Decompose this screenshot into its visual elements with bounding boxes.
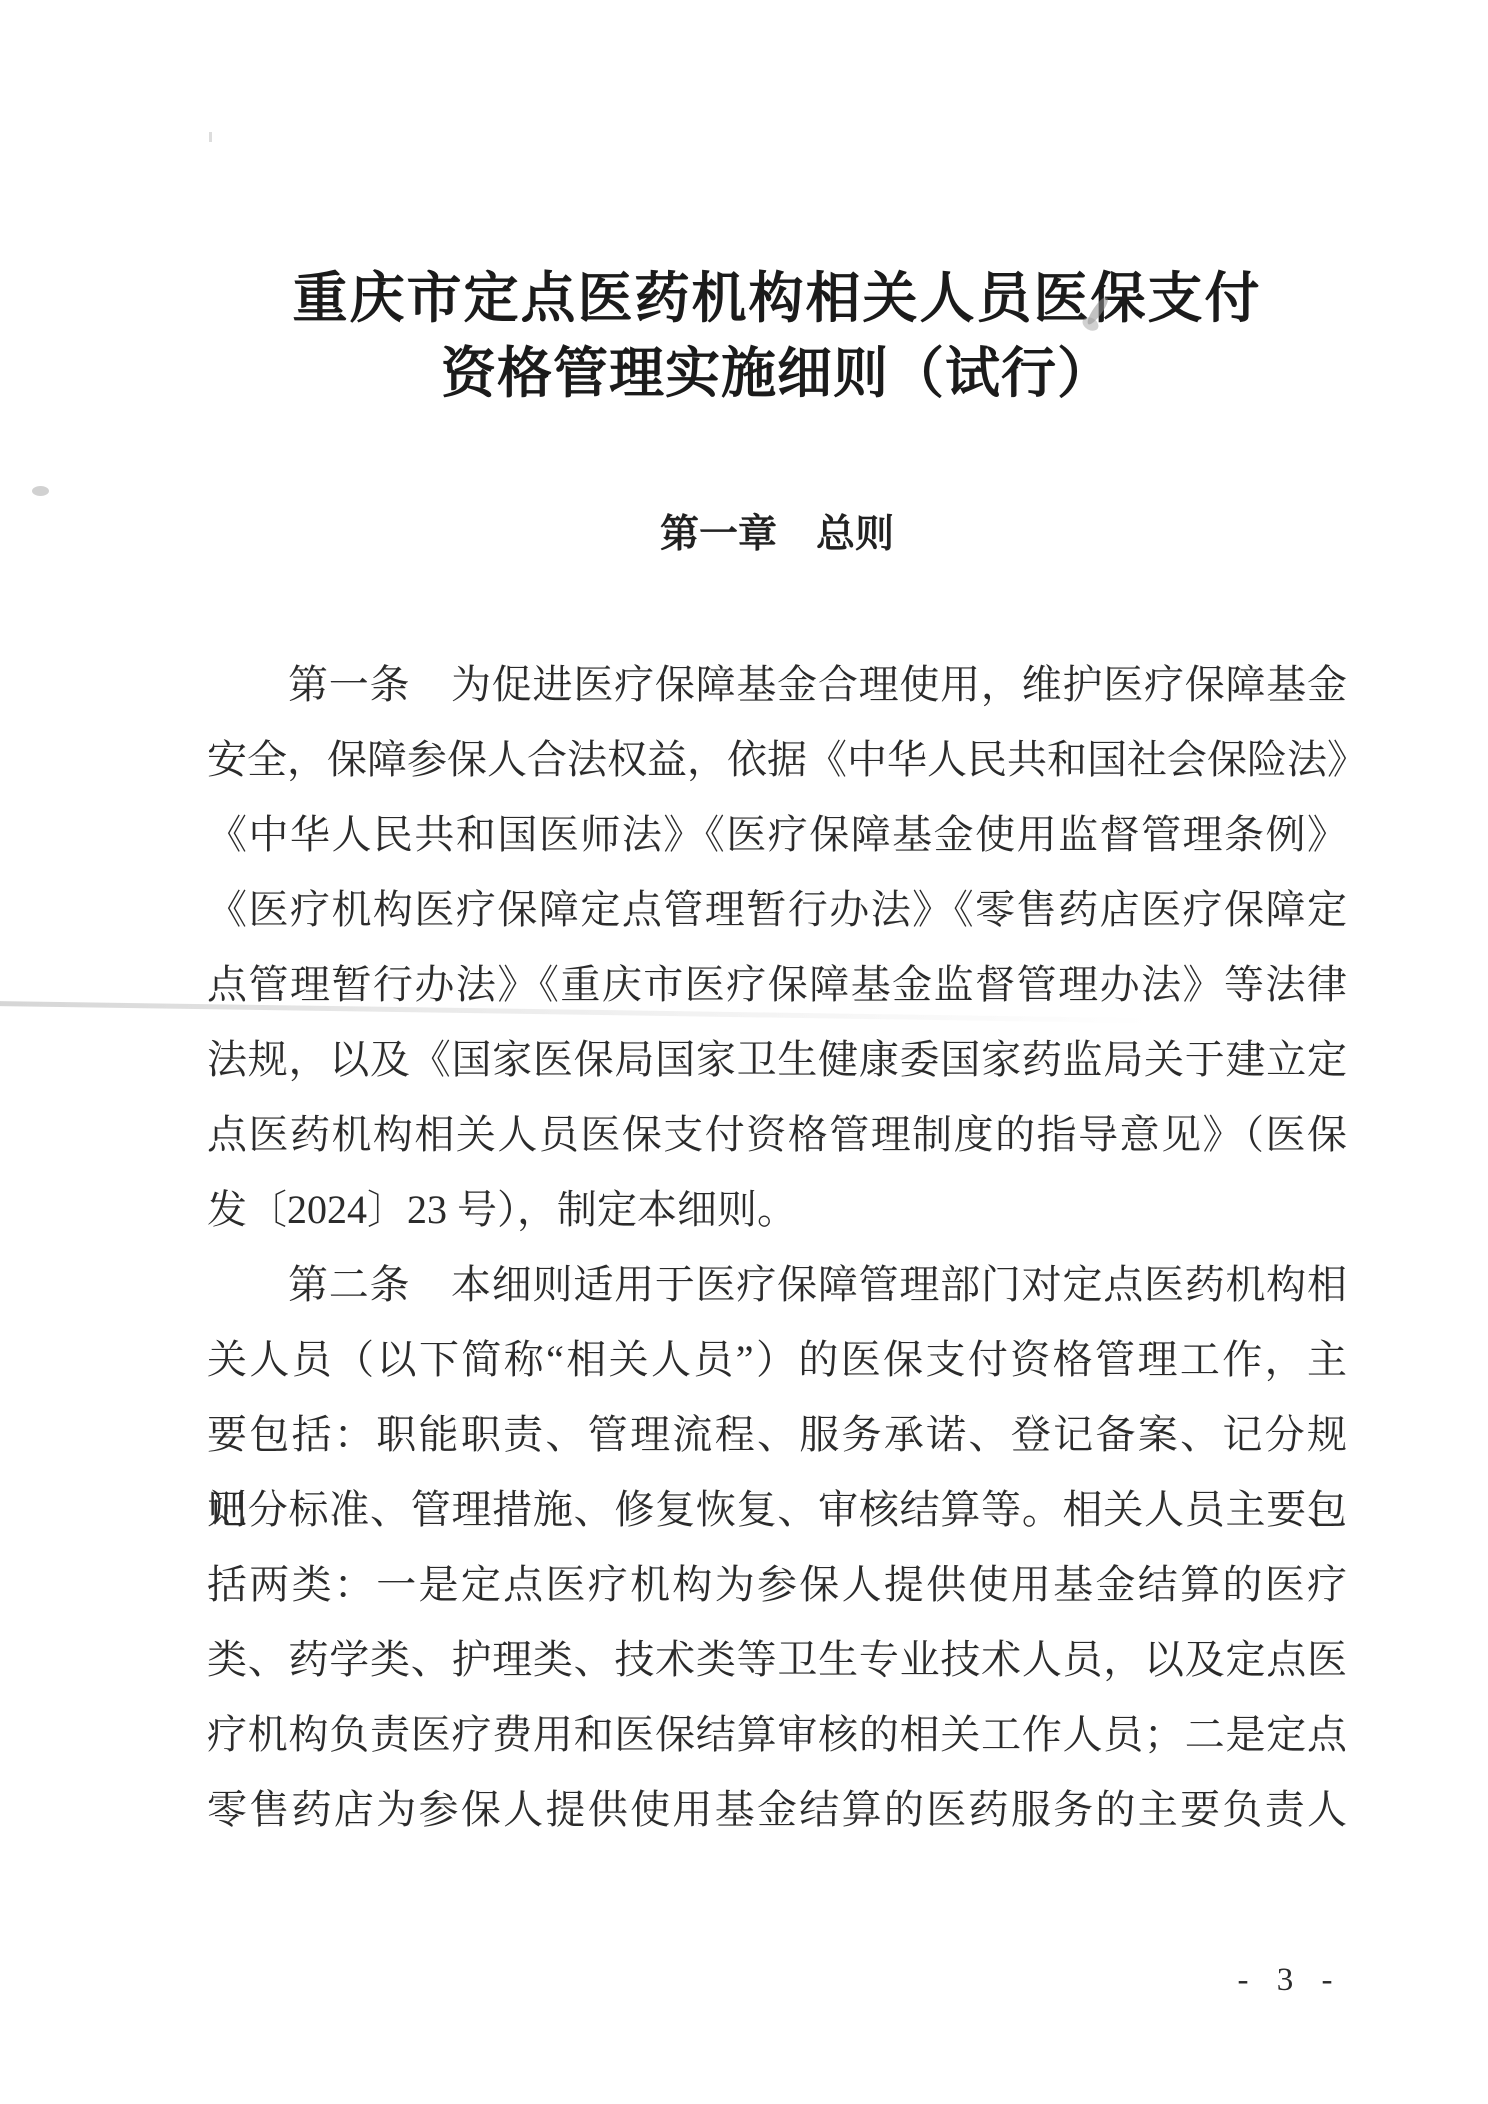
document-title-line-2: 资格管理实施细则（试行） <box>207 341 1347 407</box>
scanned-document-page: 重庆市定点医药机构相关人员医保支付 资格管理实施细则（试行） 第一章 总则 第一… <box>0 0 1488 2104</box>
body-line: 第二条 本细则适用于医疗保障管理部门对定点医药机构相 <box>207 1247 1347 1322</box>
body-line: 类、药学类、护理类、技术类等卫生专业技术人员，以及定点医 <box>207 1622 1347 1697</box>
document-body: 第一条 为促进医疗保障基金合理使用，维护医疗保障基金安全，保障参保人合法权益，依… <box>207 647 1347 1847</box>
document-title-line-1: 重庆市定点医药机构相关人员医保支付 <box>207 266 1347 332</box>
body-line: 《中华人民共和国医师法》《医疗保障基金使用监督管理条例》 <box>207 797 1347 872</box>
page-number: - 3 - <box>1222 1960 1352 2000</box>
scan-speck-artifact <box>32 486 49 496</box>
body-line: 法规，以及《国家医保局国家卫生健康委国家药监局关于建立定 <box>207 1022 1347 1097</box>
body-line: 关人员（以下简称“相关人员”）的医保支付资格管理工作，主 <box>207 1322 1347 1397</box>
body-line: 记分标准、管理措施、修复恢复、审核结算等。相关人员主要包 <box>207 1472 1347 1547</box>
body-line: 安全，保障参保人合法权益，依据《中华人民共和国社会保险法》 <box>207 722 1347 797</box>
body-line: 要包括：职能职责、管理流程、服务承诺、登记备案、记分规则、 <box>207 1397 1347 1472</box>
body-line: 第一条 为促进医疗保障基金合理使用，维护医疗保障基金 <box>207 647 1347 722</box>
body-line: 零售药店为参保人提供使用基金结算的医药服务的主要负责人 <box>207 1772 1347 1847</box>
chapter-heading: 第一章 总则 <box>207 510 1347 560</box>
body-line: 疗机构负责医疗费用和医保结算审核的相关工作人员；二是定点 <box>207 1697 1347 1772</box>
body-line: 括两类：一是定点医疗机构为参保人提供使用基金结算的医疗 <box>207 1547 1347 1622</box>
body-line: 点医药机构相关人员医保支付资格管理制度的指导意见》（医保 <box>207 1097 1347 1172</box>
body-line: 发〔2024〕23 号），制定本细则。 <box>207 1172 1347 1247</box>
body-line: 《医疗机构医疗保障定点管理暂行办法》《零售药店医疗保障定 <box>207 872 1347 947</box>
scan-speck-artifact <box>209 132 212 142</box>
